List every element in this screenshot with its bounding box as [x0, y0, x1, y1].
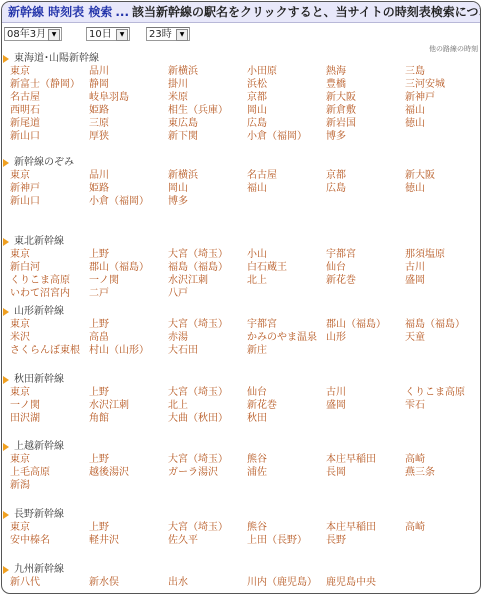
station-grid: 東京上野大宮（埼玉）熊谷本庄早稲田高崎安中榛名軽井沢佐久平上田（長野）長野 [2, 521, 480, 547]
station-link[interactable]: 新山口 [10, 130, 89, 143]
station-link[interactable]: くりこま高原 [10, 274, 89, 287]
station-link[interactable]: 天童 [405, 331, 481, 344]
station-link[interactable]: いわて沼宮内 [10, 287, 89, 300]
station-link[interactable]: 長岡 [326, 466, 405, 479]
station-link[interactable]: 新下関 [168, 130, 247, 143]
section-title-text: 山形新幹線 [14, 306, 64, 317]
station-link[interactable]: 熱海 [326, 65, 405, 78]
section-title: 山形新幹線 [2, 305, 480, 318]
station-link[interactable]: 大宮（埼玉） [168, 521, 247, 534]
station-link[interactable]: くりこま高原 [405, 386, 481, 399]
station-link[interactable]: 越後湯沢 [89, 466, 168, 479]
chevron-down-icon: ▼ [116, 29, 128, 41]
station-link[interactable]: 徳山 [405, 182, 481, 195]
station-link[interactable]: 八戸 [168, 287, 247, 300]
station-link[interactable]: 大宮（埼玉） [168, 318, 247, 331]
station-link[interactable]: 福山 [405, 104, 481, 117]
station-link[interactable]: 小倉（福岡） [89, 195, 168, 208]
station-link[interactable]: 京都 [247, 91, 326, 104]
station-link[interactable]: 小倉（福岡） [247, 130, 326, 143]
station-link[interactable]: 古川 [326, 386, 405, 399]
section-title: 長野新幹線 [2, 508, 480, 521]
station-link[interactable]: 名古屋 [10, 91, 89, 104]
station-link[interactable]: 大宮（埼玉） [168, 248, 247, 261]
section-title-text: 東海道･山陽新幹線 [14, 53, 99, 64]
station-link[interactable]: 新尾道 [10, 117, 89, 130]
line-section: 九州新幹線新八代新水俣出水川内（鹿児島）鹿児島中央 [2, 563, 480, 589]
station-link[interactable]: 東京 [10, 169, 89, 182]
section-title-text: 東北新幹線 [14, 236, 64, 247]
day-select[interactable]: 10日 ▼ [86, 27, 130, 41]
triangle-bullet-icon [3, 511, 9, 519]
line-section: 山形新幹線東京上野大宮（埼玉）宇都宮郡山（福島）福島（福島）米沢高畠赤湯かみのや… [2, 305, 480, 357]
station-link[interactable]: 郡山（福島） [89, 261, 168, 274]
station-link[interactable]: 本庄早稲田 [326, 453, 405, 466]
station-link[interactable]: 古川 [405, 261, 481, 274]
station-link[interactable]: 軽井沢 [89, 534, 168, 547]
title-separator: ... [115, 5, 129, 19]
station-link[interactable]: 福島（福島） [405, 318, 481, 331]
station-link[interactable]: 赤湯 [168, 331, 247, 344]
station-link[interactable]: 小山 [247, 248, 326, 261]
station-link[interactable]: 品川 [89, 169, 168, 182]
triangle-bullet-icon [3, 159, 9, 167]
triangle-bullet-icon [3, 308, 9, 316]
station-link[interactable]: 豊橋 [326, 78, 405, 91]
station-link[interactable]: 博多 [168, 195, 247, 208]
station-link[interactable]: 新大阪 [405, 169, 481, 182]
station-link[interactable]: 水沢江刺 [89, 399, 168, 412]
line-section: 上越新幹線東京上野大宮（埼玉）熊谷本庄早稲田高崎上毛高原越後湯沢ガーラ湯沢浦佐長… [2, 440, 480, 492]
station-link[interactable]: 川内（鹿児島） [247, 576, 326, 589]
station-link[interactable]: 浜松 [247, 78, 326, 91]
station-link[interactable]: 佐久平 [168, 534, 247, 547]
station-link[interactable]: 高崎 [405, 453, 481, 466]
station-link[interactable]: 長野 [326, 534, 405, 547]
station-link[interactable]: 京都 [326, 169, 405, 182]
station-link[interactable]: 秋田 [247, 412, 326, 425]
station-link[interactable]: 仙台 [247, 386, 326, 399]
station-link[interactable]: 大石田 [168, 344, 247, 357]
section-title: 九州新幹線 [2, 563, 480, 576]
station-link[interactable]: 東京 [10, 318, 89, 331]
station-link[interactable]: 新白河 [10, 261, 89, 274]
line-section: 東海道･山陽新幹線東京品川新横浜小田原熱海三島新富士（静岡）静岡掛川浜松豊橋三河… [2, 52, 480, 143]
station-link[interactable]: 岡山 [168, 182, 247, 195]
station-link[interactable]: 上野 [89, 318, 168, 331]
triangle-bullet-icon [3, 443, 9, 451]
widget-frame: 新幹線 時刻表 検索...該当新幹線の駅名をクリックすると、当サイトの時刻表検索… [1, 1, 481, 594]
station-grid: 新八代新水俣出水川内（鹿児島）鹿児島中央 [2, 576, 480, 589]
station-link[interactable]: 米原 [168, 91, 247, 104]
station-link[interactable]: 上毛高原 [10, 466, 89, 479]
station-link[interactable]: 岡山 [247, 104, 326, 117]
station-link[interactable]: 品川 [89, 65, 168, 78]
station-link[interactable]: 福島（福島） [168, 261, 247, 274]
station-link[interactable]: 新山口 [10, 195, 89, 208]
section-title-text: 九州新幹線 [14, 564, 64, 575]
station-link[interactable]: 東京 [10, 65, 89, 78]
station-link[interactable]: 新花巻 [247, 399, 326, 412]
station-link[interactable]: 出水 [168, 576, 247, 589]
station-link[interactable]: ガーラ湯沢 [168, 466, 247, 479]
month-select-value: 08年3月 [7, 29, 46, 40]
station-link[interactable]: 那須塩原 [405, 248, 481, 261]
section-title-text: 上越新幹線 [14, 441, 64, 452]
station-link[interactable]: 上野 [89, 386, 168, 399]
station-link[interactable]: さくらんぼ東根 [10, 344, 89, 357]
station-link[interactable]: 新神戸 [10, 182, 89, 195]
station-grid: 東京上野大宮（埼玉）仙台古川くりこま高原一ノ関水沢江刺北上新花巻盛岡雫石田沢湖角… [2, 386, 480, 425]
station-link[interactable]: 本庄早稲田 [326, 521, 405, 534]
brand-link[interactable]: 新幹線 時刻表 検索 [8, 5, 112, 19]
station-link[interactable]: 山形 [326, 331, 405, 344]
section-title: 新幹線のぞみ [2, 156, 480, 169]
station-link[interactable]: 雫石 [405, 399, 481, 412]
section-title: 秋田新幹線 [2, 373, 480, 386]
station-link[interactable]: 宇都宮 [247, 318, 326, 331]
station-grid: 東京品川新横浜名古屋京都新大阪新神戸姫路岡山福山広島徳山新山口小倉（福岡）博多 [2, 169, 480, 208]
section-title-text: 秋田新幹線 [14, 374, 64, 385]
station-link[interactable]: 上田（長野） [247, 534, 326, 547]
station-link[interactable]: 水沢江刺 [168, 274, 247, 287]
station-link[interactable]: 上野 [89, 521, 168, 534]
station-link[interactable]: 新富士（静岡） [10, 78, 89, 91]
station-link[interactable]: 新横浜 [168, 169, 247, 182]
station-link[interactable]: 米沢 [10, 331, 89, 344]
station-link[interactable]: 新潟 [10, 479, 89, 492]
triangle-bullet-icon [3, 238, 9, 246]
station-link[interactable]: 二戸 [89, 287, 168, 300]
station-link[interactable]: 盛岡 [405, 274, 481, 287]
day-select-value: 10日 [89, 29, 112, 40]
section-title: 東北新幹線 [2, 235, 480, 248]
station-link[interactable]: 東広島 [168, 117, 247, 130]
station-link[interactable]: 姫路 [89, 182, 168, 195]
triangle-bullet-icon [3, 55, 9, 63]
hour-select[interactable]: 23時 ▼ [146, 27, 190, 41]
triangle-bullet-icon [3, 376, 9, 384]
station-link[interactable]: 上野 [89, 248, 168, 261]
station-link[interactable]: 姫路 [89, 104, 168, 117]
station-link[interactable]: 静岡 [89, 78, 168, 91]
line-section: 長野新幹線東京上野大宮（埼玉）熊谷本庄早稲田高崎安中榛名軽井沢佐久平上田（長野）… [2, 508, 480, 547]
station-link[interactable]: 高崎 [405, 521, 481, 534]
station-link[interactable]: 新大阪 [326, 91, 405, 104]
station-link[interactable]: 角館 [89, 412, 168, 425]
station-link[interactable]: 田沢湖 [10, 412, 89, 425]
station-link[interactable]: 厚狭 [89, 130, 168, 143]
title-description: 該当新幹線の駅名をクリックすると、当サイトの時刻表検索につなが [132, 5, 480, 19]
station-link[interactable]: 掛川 [168, 78, 247, 91]
station-link[interactable]: 東京 [10, 248, 89, 261]
station-link[interactable]: 鹿児島中央 [326, 576, 405, 589]
station-link[interactable]: 新岩国 [326, 117, 405, 130]
station-link[interactable]: 北上 [168, 399, 247, 412]
station-link[interactable]: 博多 [326, 130, 405, 143]
station-link[interactable]: 大曲（秋田） [168, 412, 247, 425]
station-link[interactable]: 高畠 [89, 331, 168, 344]
station-link[interactable]: 岐阜羽島 [89, 91, 168, 104]
hour-select-value: 23時 [149, 29, 172, 40]
station-link[interactable]: 東京 [10, 453, 89, 466]
station-link[interactable]: 西明石 [10, 104, 89, 117]
station-grid: 東京上野大宮（埼玉）宇都宮郡山（福島）福島（福島）米沢高畠赤湯かみのやま温泉山形… [2, 318, 480, 357]
section-title: 東海道･山陽新幹線 [2, 52, 480, 65]
station-link[interactable]: 大宮（埼玉） [168, 386, 247, 399]
section-title-text: 長野新幹線 [14, 509, 64, 520]
line-section: 新幹線のぞみ東京品川新横浜名古屋京都新大阪新神戸姫路岡山福山広島徳山新山口小倉（… [2, 156, 480, 208]
station-link[interactable]: 郡山（福島） [326, 318, 405, 331]
station-link[interactable]: 新八代 [10, 576, 89, 589]
station-link[interactable]: 広島 [247, 117, 326, 130]
chevron-down-icon: ▼ [48, 29, 60, 41]
title-bar: 新幹線 時刻表 検索...該当新幹線の駅名をクリックすると、当サイトの時刻表検索… [2, 2, 480, 23]
station-link[interactable]: 燕三条 [405, 466, 481, 479]
station-grid: 東京上野大宮（埼玉）小山宇都宮那須塩原新白河郡山（福島）福島（福島）白石蔵王仙台… [2, 248, 480, 300]
line-section: 秋田新幹線東京上野大宮（埼玉）仙台古川くりこま高原一ノ関水沢江刺北上新花巻盛岡雫… [2, 373, 480, 425]
station-link[interactable]: 大宮（埼玉） [168, 453, 247, 466]
station-link[interactable]: 安中榛名 [10, 534, 89, 547]
station-link[interactable]: 東京 [10, 386, 89, 399]
station-link[interactable]: 相生（兵庫） [168, 104, 247, 117]
station-link[interactable]: 新庄 [247, 344, 326, 357]
station-link[interactable]: 新倉敷 [326, 104, 405, 117]
station-link[interactable]: 上野 [89, 453, 168, 466]
station-link[interactable]: 新横浜 [168, 65, 247, 78]
line-section: 東北新幹線東京上野大宮（埼玉）小山宇都宮那須塩原新白河郡山（福島）福島（福島）白… [2, 235, 480, 300]
station-link[interactable]: 盛岡 [326, 399, 405, 412]
station-link[interactable]: 名古屋 [247, 169, 326, 182]
station-link[interactable]: 宇都宮 [326, 248, 405, 261]
triangle-bullet-icon [3, 566, 9, 574]
station-link[interactable]: 福山 [247, 182, 326, 195]
station-grid: 東京品川新横浜小田原熱海三島新富士（静岡）静岡掛川浜松豊橋三河安城名古屋岐阜羽島… [2, 65, 480, 143]
station-link[interactable]: 小田原 [247, 65, 326, 78]
station-link[interactable]: 熊谷 [247, 453, 326, 466]
station-link[interactable]: 熊谷 [247, 521, 326, 534]
month-select[interactable]: 08年3月 ▼ [4, 27, 62, 41]
station-link[interactable]: 東京 [10, 521, 89, 534]
station-link[interactable]: 北上 [247, 274, 326, 287]
station-link[interactable]: 村山（山形） [89, 344, 168, 357]
station-link[interactable]: 浦佐 [247, 466, 326, 479]
station-link[interactable]: かみのやま温泉 [247, 331, 326, 344]
station-link[interactable]: 徳山 [405, 117, 481, 130]
date-controls: 08年3月 ▼ 10日 ▼ 23時 ▼ [2, 23, 480, 45]
station-link[interactable]: 三島 [405, 65, 481, 78]
station-link[interactable]: 白石蔵王 [247, 261, 326, 274]
station-link[interactable]: 新神戸 [405, 91, 481, 104]
station-link[interactable]: 三原 [89, 117, 168, 130]
chevron-down-icon: ▼ [176, 29, 188, 41]
station-link[interactable]: 新水俣 [89, 576, 168, 589]
station-link[interactable]: 仙台 [326, 261, 405, 274]
section-title-text: 新幹線のぞみ [14, 157, 74, 168]
section-title: 上越新幹線 [2, 440, 480, 453]
station-link[interactable]: 新花巻 [326, 274, 405, 287]
station-link[interactable]: 広島 [326, 182, 405, 195]
station-grid: 東京上野大宮（埼玉）熊谷本庄早稲田高崎上毛高原越後湯沢ガーラ湯沢浦佐長岡燕三条新… [2, 453, 480, 492]
station-link[interactable]: 一ノ関 [10, 399, 89, 412]
station-link[interactable]: 三河安城 [405, 78, 481, 91]
station-link[interactable]: 一ノ関 [89, 274, 168, 287]
